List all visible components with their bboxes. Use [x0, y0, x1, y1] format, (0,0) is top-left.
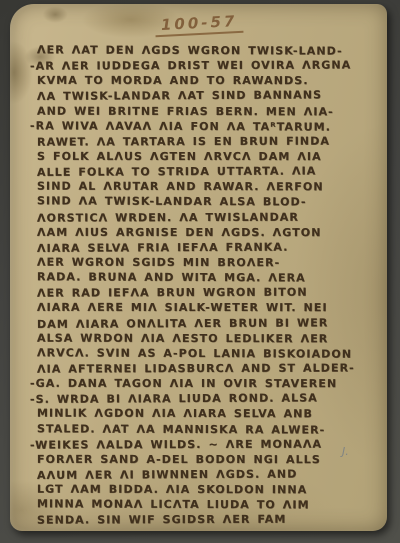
text-line: S FOLK ALΛUS ΛGTEN ΛRVCΛ DAM ΛIA	[37, 149, 367, 164]
text-line: AΛUM ΛER ΛI BIWNNEN ΛGDS. AND	[37, 466, 367, 483]
text-line: RAWET. ΛA TARTARA IS EN BRUN FINDA	[37, 133, 367, 149]
manuscript-text-block: ΛER ΛAT DEN ΛGDS WGRON TWISK-LAND--AR ΛE…	[37, 43, 367, 528]
page-number: 100-57	[155, 12, 244, 38]
text-line: LGT ΛAM BIDDA. ΛIA SKOLDON INNA	[37, 482, 367, 498]
text-line: DAM ΛIARA ONΛLITA ΛER BRUN BI WER	[37, 315, 367, 332]
margin-mark: J.	[342, 445, 349, 458]
text-line: ΛER WGRON SGIDS MIN BROΛER-	[37, 255, 367, 271]
text-line: -RA WIVA ΛAVAΛ ΛIA FON ΛA TAᴿTARUM.	[30, 118, 367, 135]
text-line: RADA. BRUNA AND WITA MGA. ΛERA	[37, 269, 367, 286]
text-line: ALSA WRDON ΛIA ΛESTO LEDLIKER ΛER	[37, 330, 367, 346]
text-line: FORΛER SAND A-DEL BODON NGI ALLS	[37, 452, 367, 467]
text-line: ΛER ΛAT DEN ΛGDS WGRON TWISK-LAND-	[37, 42, 367, 59]
text-line: KVMA TO MORDA AND TO RAWANDS.	[37, 73, 367, 88]
text-line: ΛAM ΛIUS ARGNISE DEN ΛGDS. ΛGTON	[37, 225, 367, 240]
text-line: AND WEI BRITNE FRIAS BERN. MEN ΛIA-	[37, 103, 367, 119]
text-line: SENDA. SIN WIF SGIDSR ΛER FAM	[37, 512, 367, 528]
text-line: MINLIK ΛGDON ΛIA ΛIARA SELVA ANB	[37, 406, 367, 422]
text-line: ΛA TWISK-LANDAR ΛAT SIND BANNANS	[37, 88, 367, 105]
text-line: ΛIARA SELVA FRIA IEFΛA FRANKA.	[37, 239, 367, 256]
text-line: -GA. DANA TAGON ΛIA IN OVIR STAVEREN	[30, 376, 367, 391]
text-line: ΛRVCΛ. SVIN AS A-POL LANIA BISKOIADON	[37, 345, 367, 362]
text-line: ALLE FOLKA TO STRIDA UTTARTA. ΛIA	[37, 163, 367, 180]
text-line: SIND ΛA TWISK-LANDAR ALSA BLOD-	[37, 194, 367, 211]
text-line: ΛIA AFTERNEI LIDASBURCΛ AND ST ALDER-	[37, 360, 367, 376]
text-line: ΛER RAD IEFΛA BRUN WGRON BITON	[37, 285, 367, 301]
text-line: ΛORSTICΛ WRDEN. ΛA TWISLANDAR	[37, 209, 367, 225]
text-line: ΛIARA ΛERE MIΛ SIALK-WETER WIT. NEI	[37, 300, 367, 315]
text-line: SIND AL ΛRUTAR AND RAWAR. ΛERFON	[37, 179, 367, 195]
text-line: MINNA MONAΛ LICΛTA LIUDA TO ΛIM	[37, 496, 367, 513]
text-line: -AR ΛER IUDDEGA DRIST WEI OVIRA ΛRGNA	[30, 58, 367, 74]
photo-background: 100-57 ΛER ΛAT DEN ΛGDS WGRON TWISK-LAND…	[0, 0, 400, 543]
text-line: -WEIKES ΛALDA WILDS. ~ ΛRE MONAΛA	[30, 436, 367, 452]
text-line: STALED. ΛAT ΛA MANNISKA RA ALWER-	[37, 421, 367, 438]
manuscript-page: 100-57 ΛER ΛAT DEN ΛGDS WGRON TWISK-LAND…	[10, 4, 387, 531]
